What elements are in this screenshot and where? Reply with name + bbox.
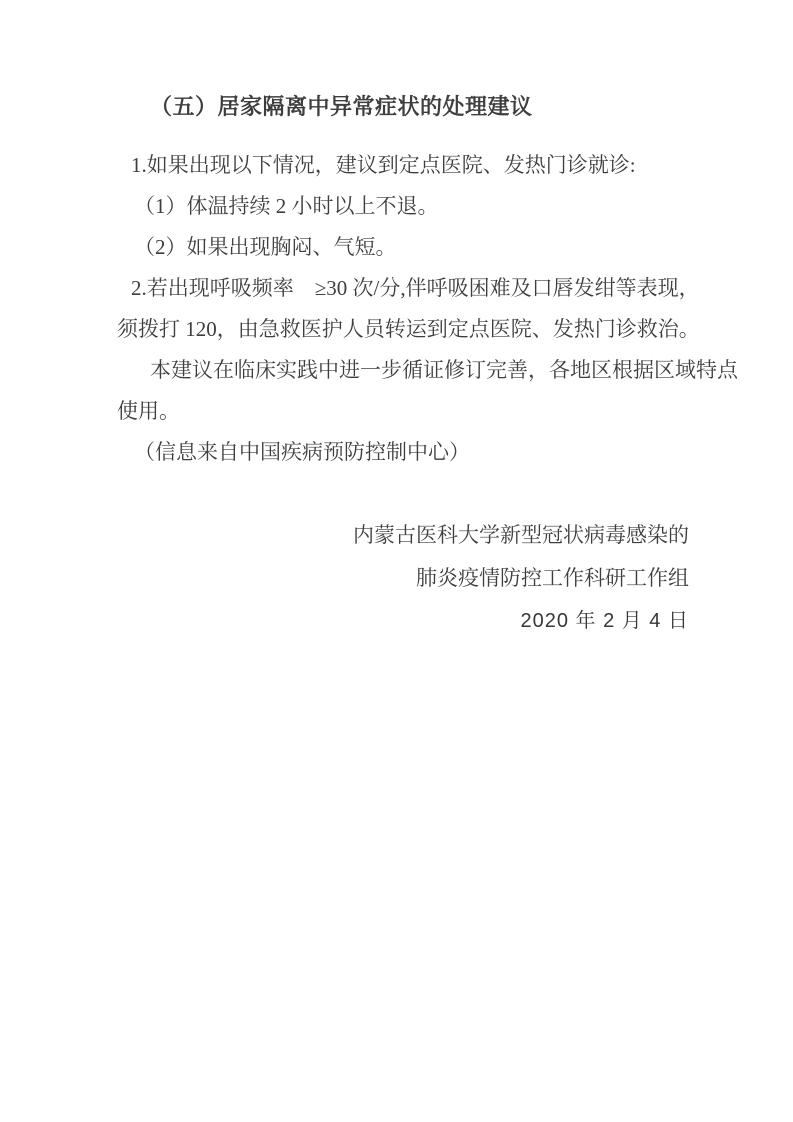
- signature-block: 内蒙古医科大学新型冠状病毒感染的 肺炎疫情防控工作科研工作组 2020 年 2 …: [117, 514, 689, 643]
- body-line-call-120: 须拨打 120，由急救医护人员转运到定点医院、发热门诊救治。: [117, 309, 689, 350]
- body-line-condition-2: （2）如果出现胸闷、气短。: [117, 227, 689, 268]
- body-line-advice-intro: 1.如果出现以下情况，建议到定点医院、发热门诊就诊:: [117, 145, 689, 186]
- document-content: （五）居家隔离中异常症状的处理建议 1.如果出现以下情况，建议到定点医院、发热门…: [0, 0, 793, 643]
- signature-org-line-2: 肺炎疫情防控工作科研工作组: [117, 557, 689, 600]
- signature-date: 2020 年 2 月 4 日: [117, 600, 689, 643]
- body-line-revision-note: 本建议在临床实践中进一步循证修订完善，各地区根据区域特点: [117, 350, 689, 391]
- section-heading: （五）居家隔离中异常症状的处理建议: [117, 93, 689, 121]
- signature-org-line-1: 内蒙古医科大学新型冠状病毒感染的: [117, 514, 689, 557]
- body-line-info-source: （信息来自中国疾病预防控制中心）: [117, 432, 689, 473]
- body-line-condition-1: （1）体温持续 2 小时以上不退。: [117, 186, 689, 227]
- body-line-respiratory-rate: 2.若出现呼吸频率 ≥30 次/分,伴呼吸困难及口唇发绀等表现，: [117, 268, 689, 309]
- document-page: （五）居家隔离中异常症状的处理建议 1.如果出现以下情况，建议到定点医院、发热门…: [0, 0, 793, 1122]
- body-line-revision-note-continued: 使用。: [117, 391, 689, 432]
